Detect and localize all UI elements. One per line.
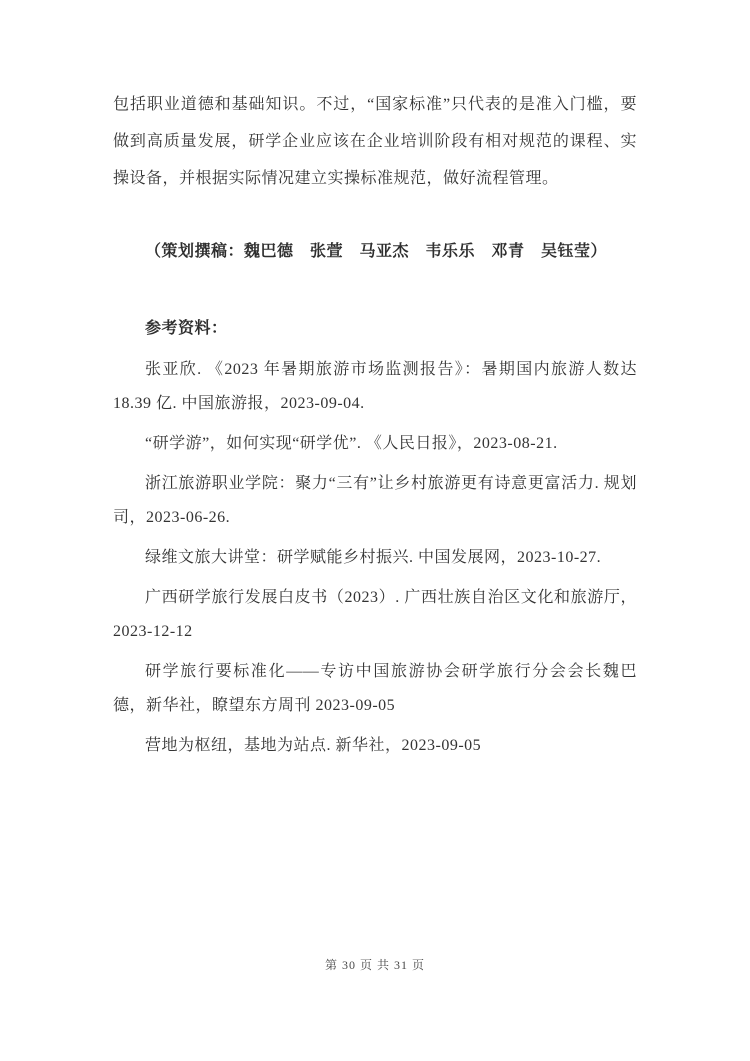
page-content: 包括职业道德和基础知识。不过，“国家标准”只代表的是准入门槛，要做到高质量发展，… bbox=[113, 86, 637, 763]
references-heading: 参考资料： bbox=[113, 310, 637, 347]
credits-line: （策划撰稿：魏巴德 张萱 马亚杰 韦乐乐 邓青 吴钰莹） bbox=[113, 233, 637, 270]
reference-item: “研学游”，如何实现“研学优”. 《人民日报》，2023-08-21. bbox=[113, 427, 637, 461]
reference-item: 绿维文旅大讲堂：研学赋能乡村振兴. 中国发展网，2023-10-27. bbox=[113, 541, 637, 575]
reference-item: 浙江旅游职业学院：聚力“三有”让乡村旅游更有诗意更富活力. 规划司，2023-0… bbox=[113, 467, 637, 535]
reference-item: 研学旅行要标准化——专访中国旅游协会研学旅行分会会长魏巴德，新华社，瞭望东方周刊… bbox=[113, 655, 637, 723]
document-page: 包括职业道德和基础知识。不过，“国家标准”只代表的是准入门槛，要做到高质量发展，… bbox=[0, 0, 750, 1061]
body-paragraph: 包括职业道德和基础知识。不过，“国家标准”只代表的是准入门槛，要做到高质量发展，… bbox=[113, 86, 637, 197]
reference-item: 广西研学旅行发展白皮书（2023）. 广西壮族自治区文化和旅游厅，2023-12… bbox=[113, 581, 637, 649]
reference-item: 张亚欣. 《2023 年暑期旅游市场监测报告》：暑期国内旅游人数达 18.39 … bbox=[113, 353, 637, 421]
page-number-indicator: 第 30 页 共 31 页 bbox=[0, 956, 750, 973]
references-list: 张亚欣. 《2023 年暑期旅游市场监测报告》：暑期国内旅游人数达 18.39 … bbox=[113, 353, 637, 763]
reference-item: 营地为枢纽，基地为站点. 新华社，2023-09-05 bbox=[113, 729, 637, 763]
